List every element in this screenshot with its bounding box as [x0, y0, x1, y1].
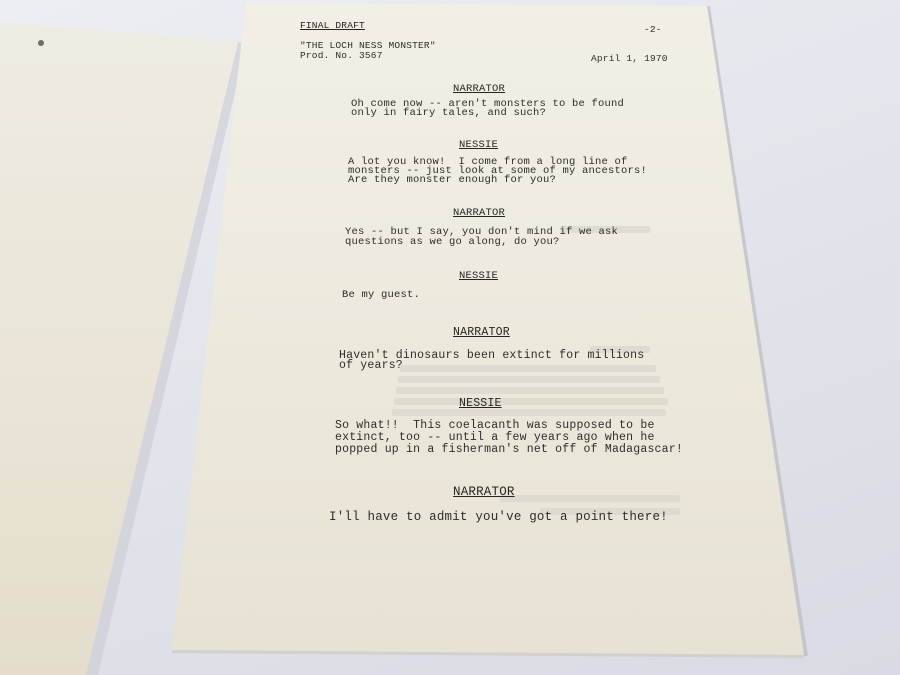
punch-hole	[38, 40, 44, 46]
dialogue-line: I'll have to admit you've got a point th…	[329, 511, 668, 524]
bleed-through-text	[396, 387, 664, 394]
speaker-name: NARRATOR	[453, 486, 515, 499]
dialogue-line: questions as we go along, do you?	[345, 237, 560, 247]
bleed-through-text	[500, 495, 680, 502]
production-number: Prod. No. 3567	[300, 51, 383, 61]
dialogue-line: of years?	[339, 360, 403, 372]
speaker-name: NARRATOR	[453, 84, 505, 94]
bleed-through-text	[398, 376, 660, 383]
speaker-name: NESSIE	[459, 140, 498, 150]
dialogue-line: popped up in a fisherman's net off of Ma…	[335, 444, 683, 456]
dialogue-line: Are they monster enough for you?	[348, 175, 556, 185]
bleed-through-text	[392, 409, 666, 416]
speaker-name: NESSIE	[459, 271, 498, 281]
bleed-through-text	[394, 398, 668, 405]
script-date: April 1, 1970	[591, 54, 668, 64]
speaker-name: NARRATOR	[453, 208, 505, 218]
speaker-name: NARRATOR	[453, 327, 510, 339]
speaker-name: NESSIE	[459, 398, 502, 410]
bleed-through-text	[400, 365, 656, 372]
dialogue-line: only in fairy tales, and such?	[351, 108, 546, 118]
draft-label: FINAL DRAFT	[300, 21, 365, 31]
page-number: -2-	[644, 25, 662, 35]
dialogue-line: Be my guest.	[342, 290, 420, 300]
